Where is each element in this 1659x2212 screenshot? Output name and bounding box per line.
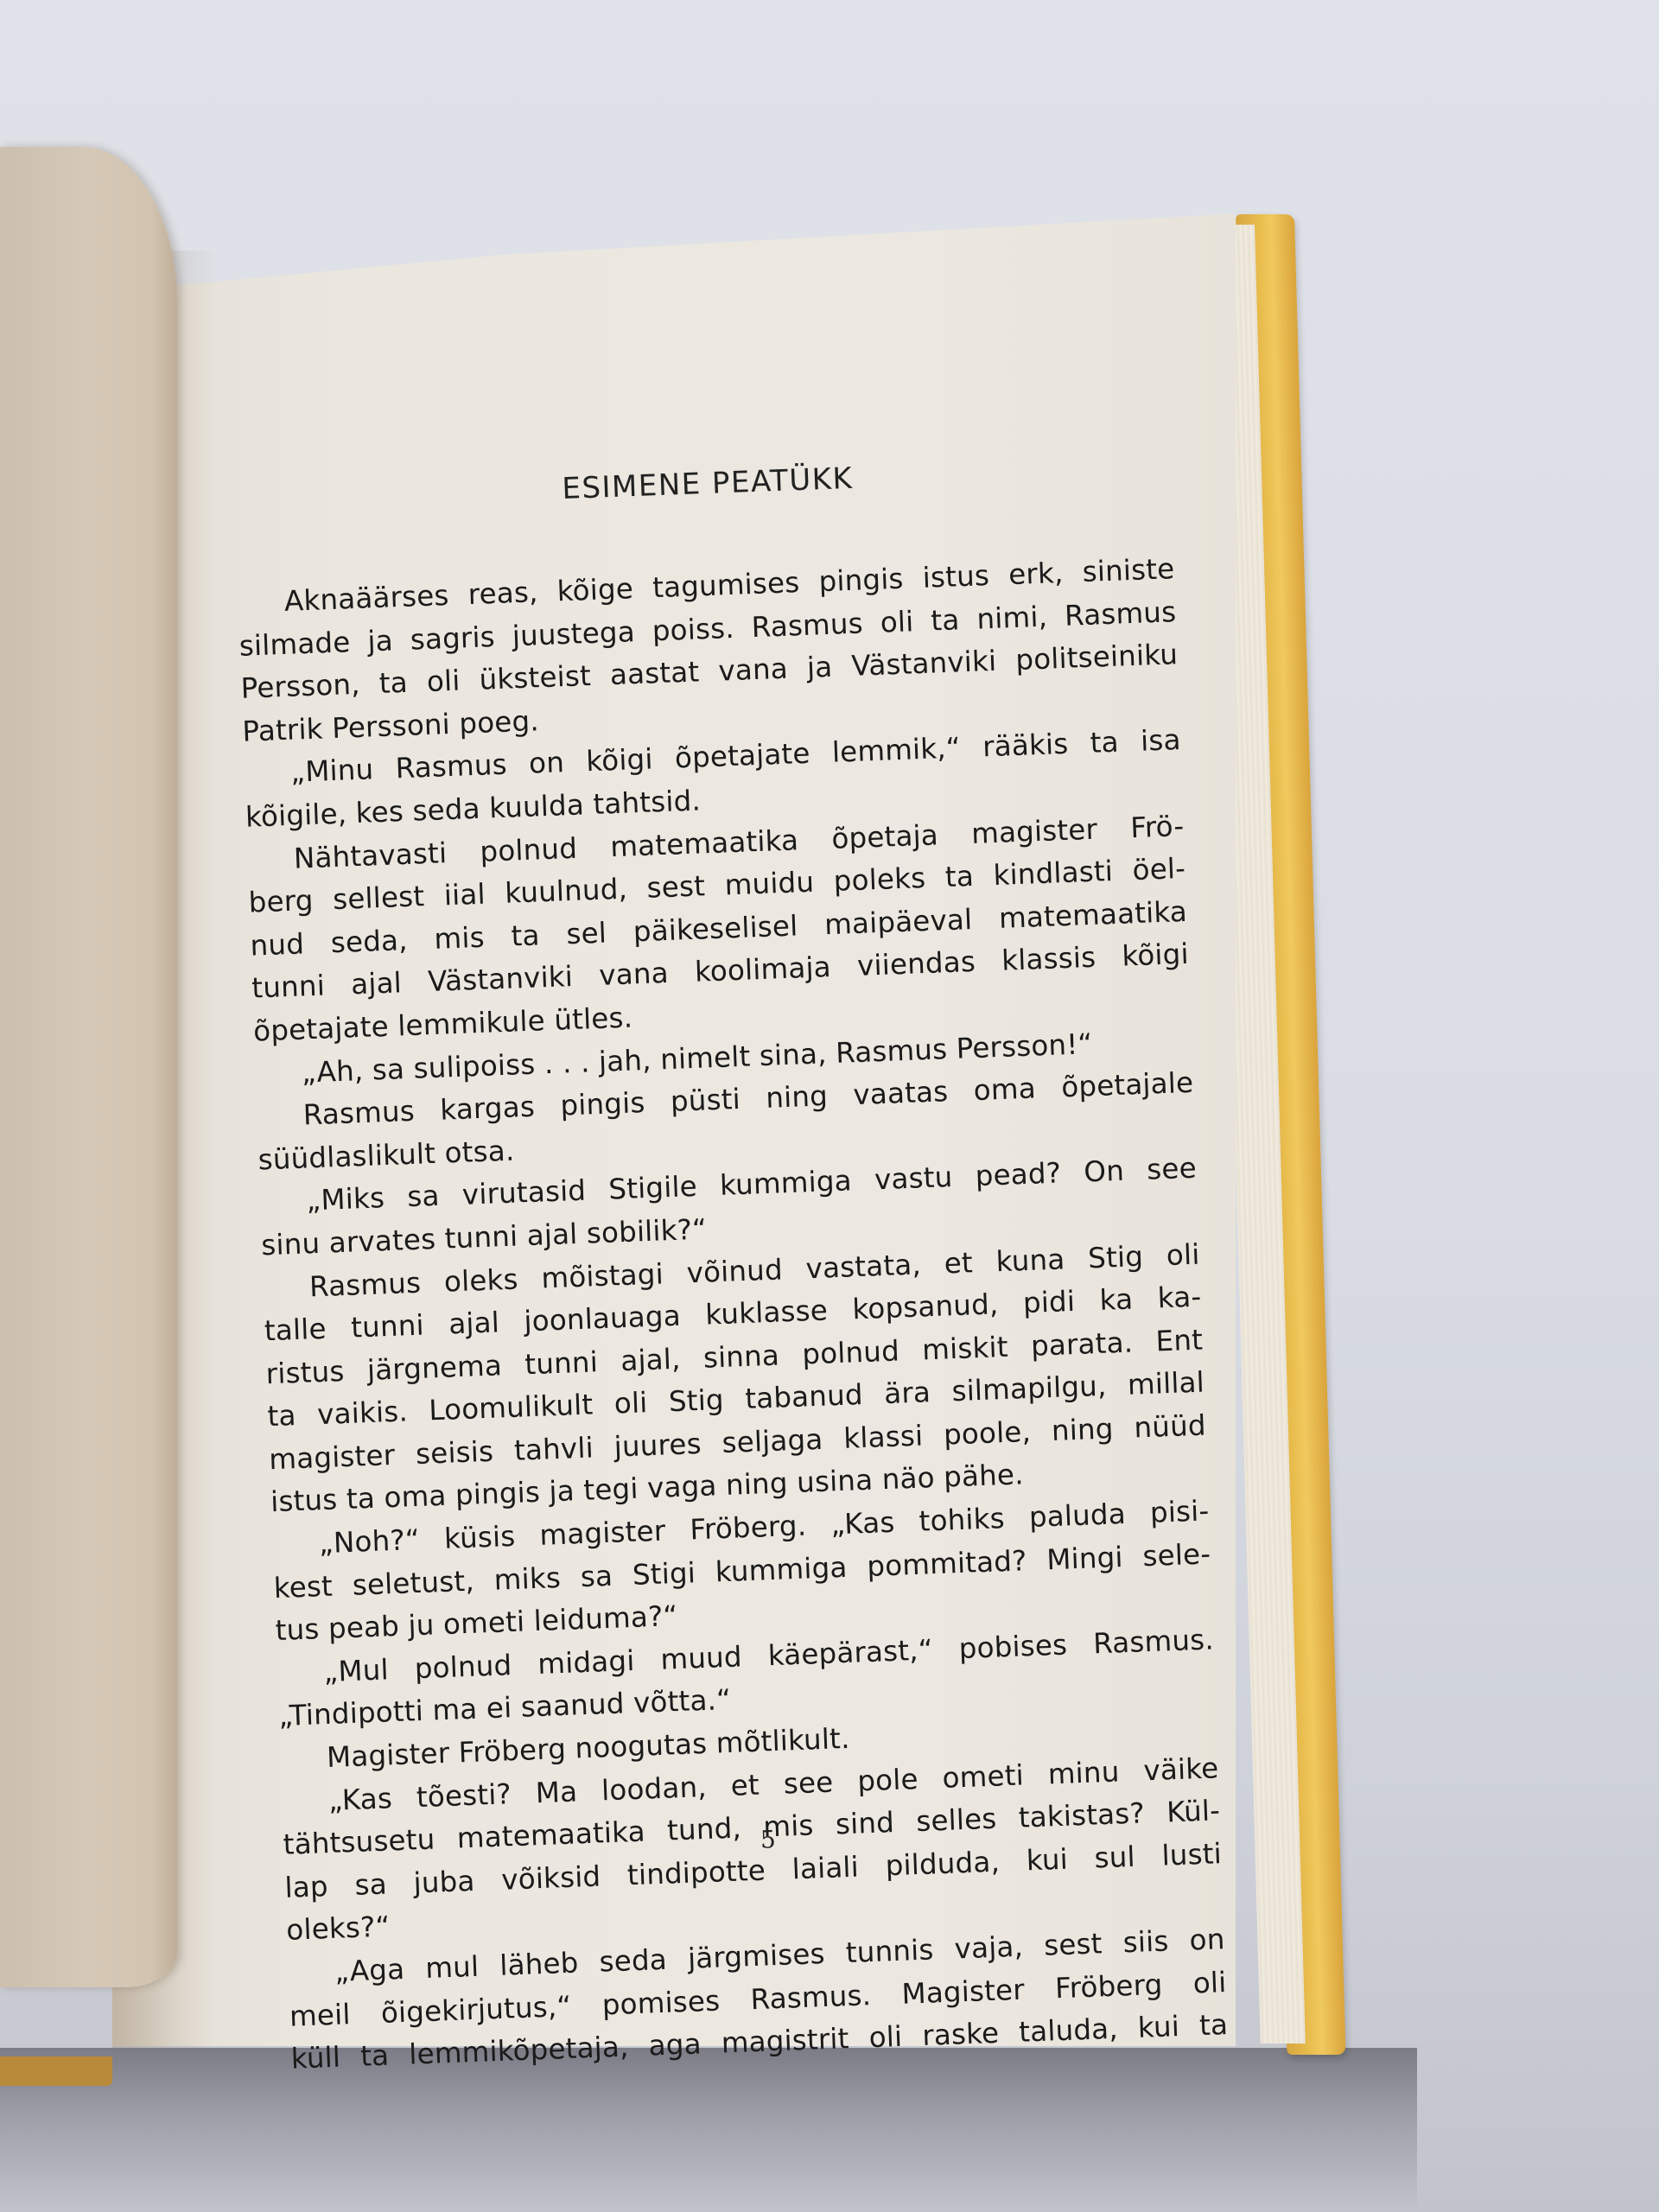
left-page-curled (0, 147, 177, 1987)
page-number: 5 (760, 1825, 776, 1854)
shadow (0, 2048, 1417, 2212)
left-cover-edge (0, 2056, 112, 2086)
body-text: Aknaäärses reas, kõige tagumises pingis … (237, 548, 1229, 2081)
photo-scene: ESIMENE PEATÜKK Aknaäärses reas, kõige t… (0, 0, 1659, 2212)
